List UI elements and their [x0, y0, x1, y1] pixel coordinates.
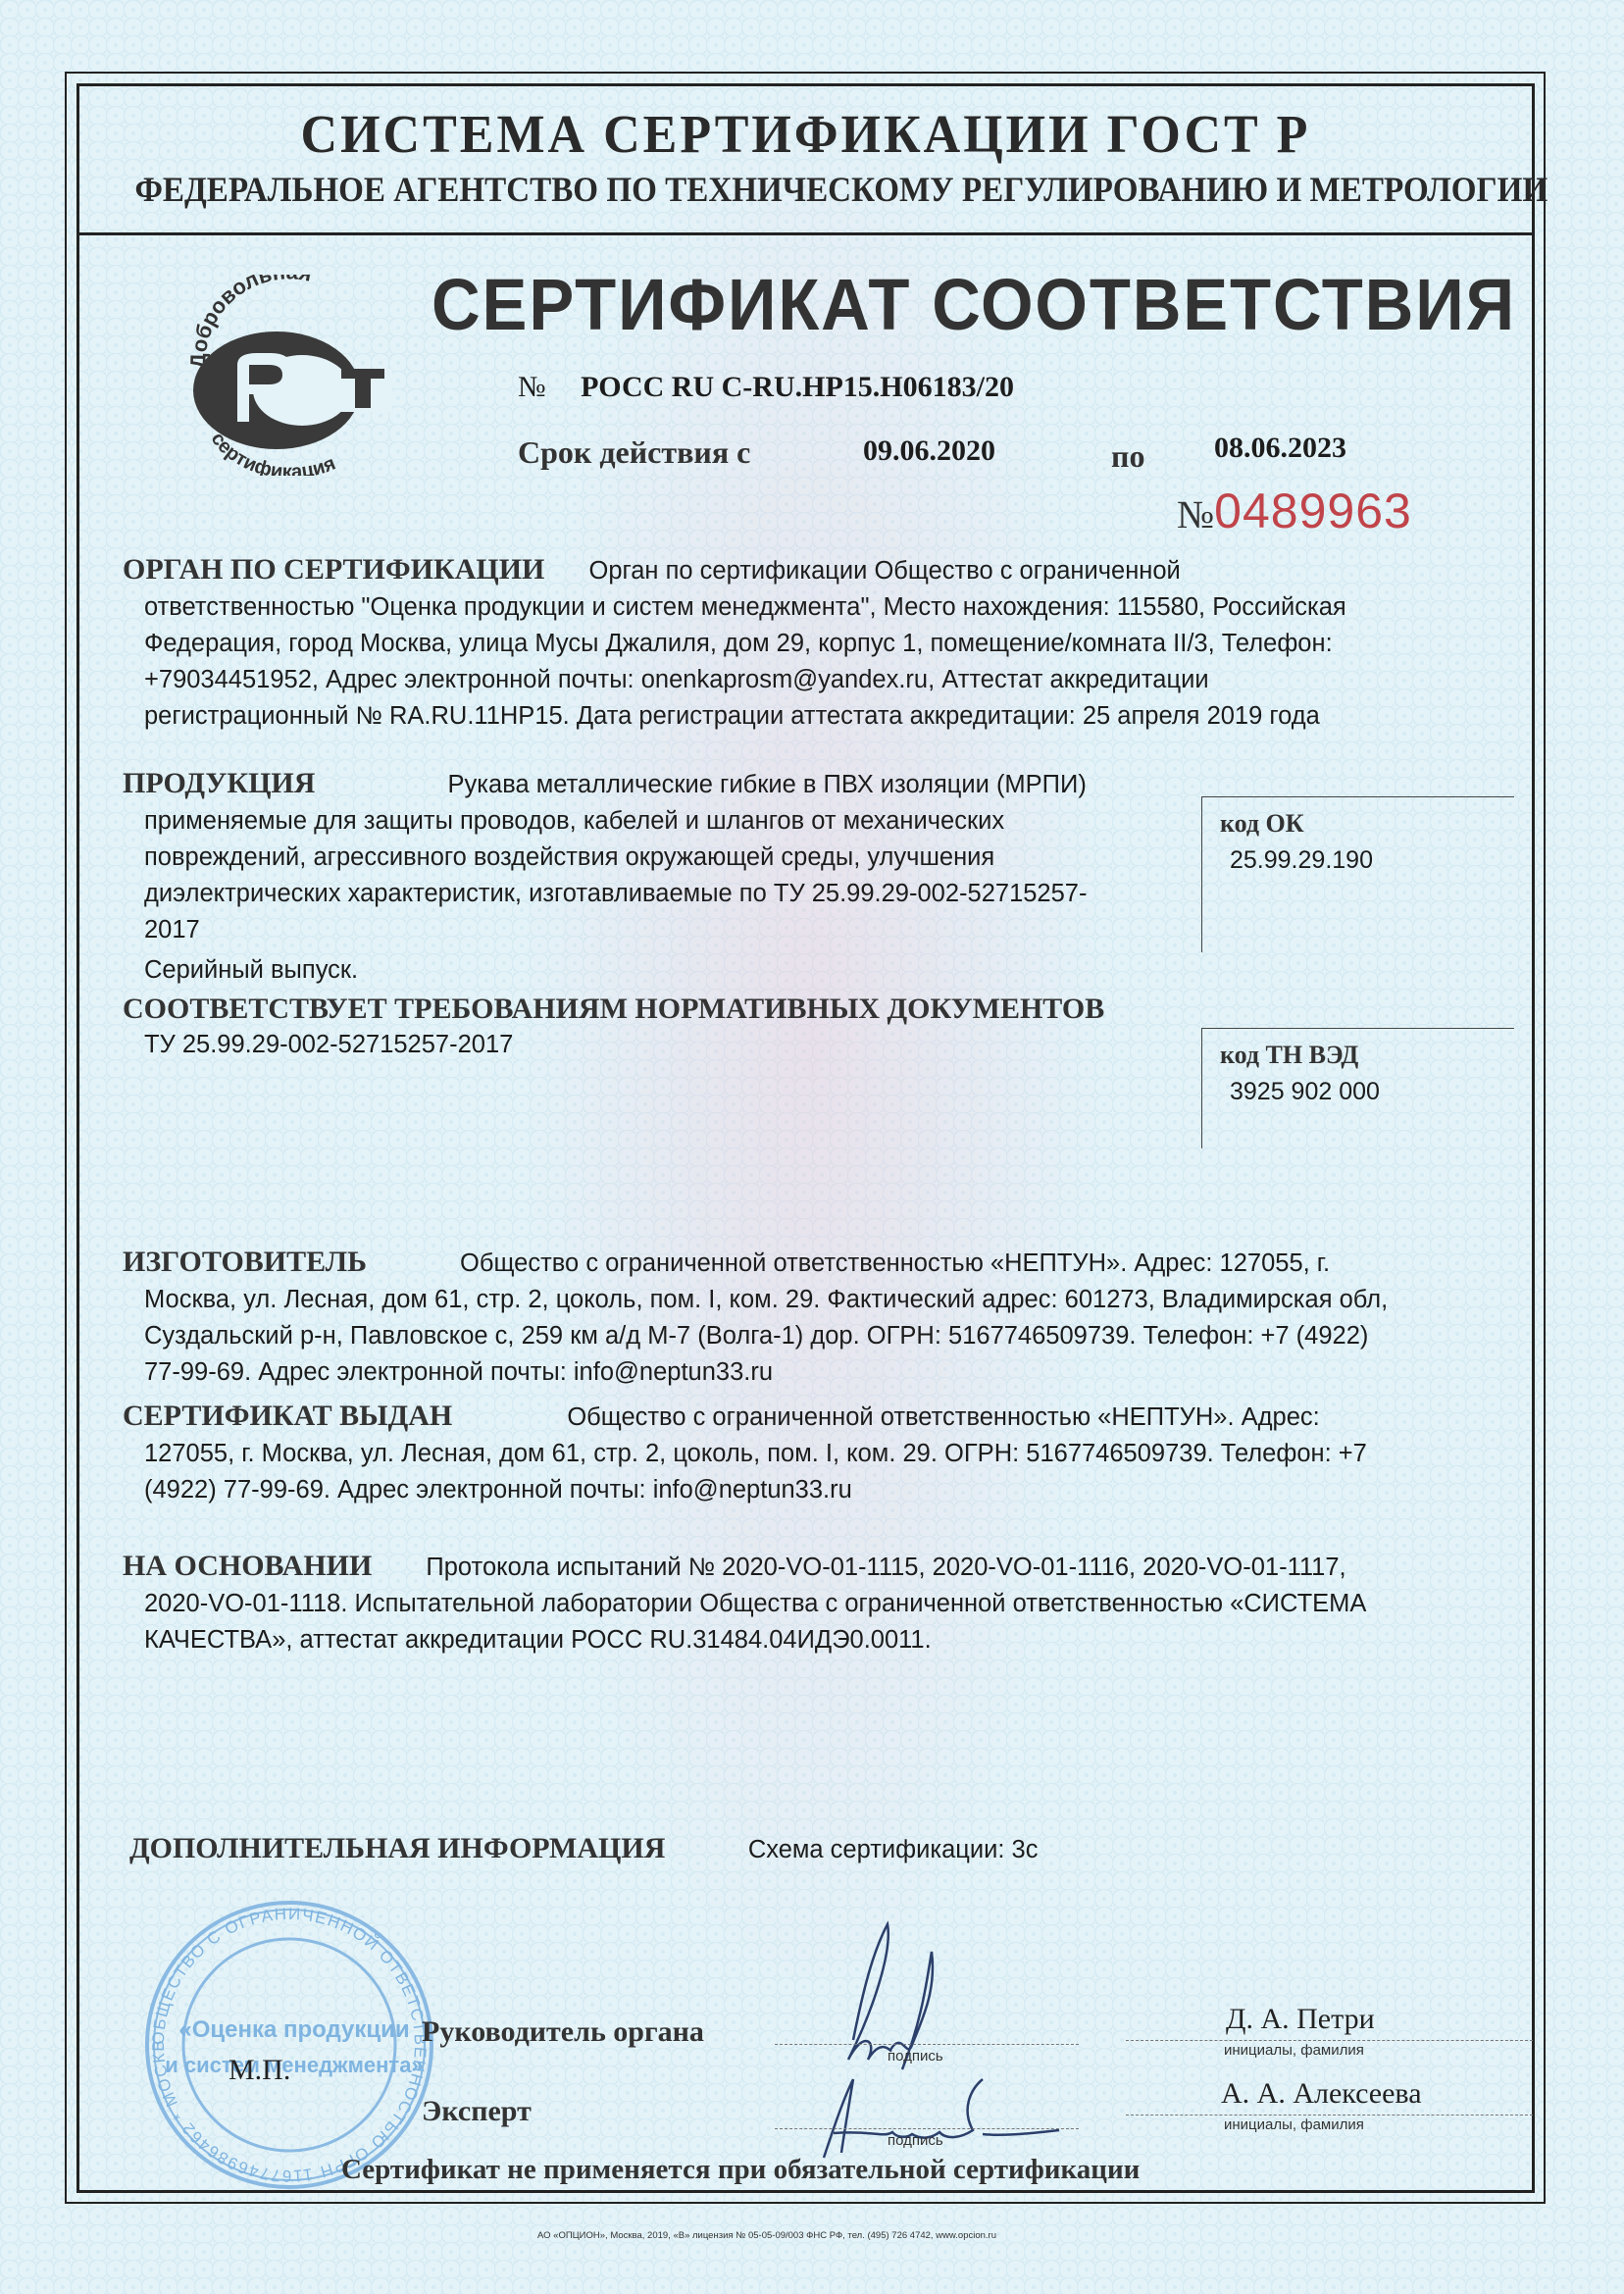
- expert-name: А. А. Алексеева: [1221, 2077, 1422, 2111]
- organ-line: ответственностью "Оценка продукции и сис…: [123, 589, 1496, 626]
- head-signature-caption: подпись: [888, 2048, 943, 2065]
- stamp-center-line1: «Оценка продукции: [178, 2016, 409, 2043]
- organ-line: регистрационный № RA.RU.11НР15. Дата рег…: [123, 698, 1496, 735]
- head-role: Руководитель органа: [422, 2015, 704, 2049]
- product-line: применяемые для защиты проводов, кабелей…: [123, 803, 1182, 840]
- basis-line: КАЧЕСТВА», аттестат аккредитации РОСС RU…: [123, 1622, 1525, 1658]
- issued-to-heading: СЕРТИФИКАТ ВЫДАН: [123, 1400, 452, 1432]
- expert-role: Эксперт: [422, 2095, 532, 2128]
- issued-to-line: 127055, г. Москва, ул. Лесная, дом 61, с…: [123, 1436, 1525, 1472]
- blank-number-value: 0489963: [1214, 484, 1412, 538]
- organ-line: +79034451952, Адрес электронной почты: o…: [123, 662, 1496, 698]
- stamp-place-label: М.П.: [228, 2054, 290, 2087]
- blank-serial-number: №0489963: [1177, 483, 1412, 539]
- code-tnved-value: 3925 902 000: [1202, 1070, 1514, 1106]
- product-heading: ПРОДУКЦИЯ: [123, 767, 315, 799]
- organ-first-line: Орган по сертификации Общество с огранич…: [588, 557, 1180, 585]
- valid-to-date: 08.06.2023: [1214, 432, 1346, 465]
- certification-scheme: Схема сертификации: 3с: [748, 1836, 1039, 1863]
- basis-section: НА ОСНОВАНИИ Протокола испытаний № 2020-…: [123, 1548, 1525, 1658]
- code-ok-label: код ОК: [1202, 797, 1514, 839]
- number-sign: №: [518, 371, 546, 403]
- product-line: диэлектрических характеристик, изготавли…: [123, 876, 1182, 912]
- basis-line: 2020-VO-01-1118. Испытательной лаборатор…: [123, 1586, 1525, 1622]
- issued-to-line: (4922) 77-99-69. Адрес электронной почты…: [123, 1472, 1525, 1508]
- system-title: СИСТЕМА СЕРТИФИКАЦИИ ГОСТ Р: [76, 105, 1535, 166]
- expert-signature-caption: подпись: [888, 2132, 943, 2149]
- code-ok-box: код ОК 25.99.29.190: [1201, 796, 1514, 952]
- stamp-center-line2: и систем менеджмента»: [165, 2053, 423, 2077]
- organization-stamp-icon: ОБЩЕСТВО С ОГРАНИЧЕННОЙ ОТВЕТСТВЕННОСТЬЮ…: [137, 1898, 441, 2192]
- certificate-number: РОСС RU C-RU.НР15.Н06183/20: [581, 371, 1014, 403]
- organ-section: ОРГАН ПО СЕРТИФИКАЦИИ Орган по сертифика…: [123, 551, 1496, 735]
- valid-from-date: 09.06.2020: [863, 434, 995, 468]
- signature-icon: [765, 1912, 1118, 2167]
- head-name-caption: инициалы, фамилия: [1224, 2042, 1364, 2059]
- manufacturer-line: 77-99-69. Адрес электронной почты: info@…: [123, 1354, 1525, 1391]
- conformity-document: ТУ 25.99.29-002-52715257-2017: [123, 1027, 1201, 1063]
- manufacturer-heading: ИЗГОТОВИТЕЛЬ: [123, 1246, 367, 1278]
- printer-info: АО «ОПЦИОН», Москва, 2019, «В» лицензия …: [537, 2230, 996, 2241]
- expert-signature-line: [775, 2128, 1079, 2129]
- rst-logo-icon: Добровольная сертификация: [177, 275, 397, 476]
- basis-heading: НА ОСНОВАНИИ: [123, 1550, 372, 1582]
- head-name: Д. А. Петри: [1226, 2003, 1375, 2036]
- certificate-number-row: № РОСС RU C-RU.НР15.Н06183/20: [518, 371, 1014, 404]
- manufacturer-section: ИЗГОТОВИТЕЛЬ Общество с ограниченной отв…: [123, 1244, 1525, 1391]
- product-release: Серийный выпуск.: [123, 952, 1182, 989]
- manufacturer-first-line: Общество с ограниченной ответственностью…: [460, 1249, 1330, 1277]
- product-line: 2017: [123, 912, 1182, 948]
- expert-name-caption: инициалы, фамилия: [1224, 2116, 1364, 2133]
- additional-info-heading: ДОПОЛНИТЕЛЬНАЯ ИНФОРМАЦИЯ: [129, 1832, 665, 1864]
- additional-info-section: ДОПОЛНИТЕЛЬНАЯ ИНФОРМАЦИЯ Схема сертифик…: [129, 1832, 1038, 1868]
- head-signature-line: [775, 2044, 1079, 2045]
- organ-line: Федерация, город Москва, улица Мусы Джал…: [123, 626, 1496, 662]
- basis-first-line: Протокола испытаний № 2020-VO-01-1115, 2…: [426, 1554, 1345, 1581]
- conformity-heading: СООТВЕТСТВУЕТ ТРЕБОВАНИЯМ НОРМАТИВНЫХ ДО…: [123, 991, 1201, 1027]
- head-name-line: [1126, 2040, 1533, 2041]
- issued-to-section: СЕРТИФИКАТ ВЫДАН Общество с ограниченной…: [123, 1398, 1525, 1508]
- code-ok-value: 25.99.29.190: [1202, 839, 1514, 875]
- certificate-title: СЕРТИФИКАТ СООТВЕТСТВИЯ: [431, 263, 1516, 346]
- valid-to-label: по: [1111, 438, 1144, 475]
- expert-name-line: [1126, 2115, 1533, 2116]
- header-separator: [76, 232, 1535, 235]
- code-tnved-label: код ТН ВЭД: [1202, 1029, 1514, 1070]
- product-first-line: Рукава металлические гибкие в ПВХ изоляц…: [448, 771, 1087, 798]
- issued-to-first-line: Общество с ограниченной ответственностью…: [567, 1403, 1319, 1431]
- manufacturer-line: Москва, ул. Лесная, дом 61, стр. 2, цоко…: [123, 1282, 1525, 1318]
- voluntary-notice: Сертификат не применяется при обязательн…: [341, 2154, 1140, 2186]
- organ-heading: ОРГАН ПО СЕРТИФИКАЦИИ: [123, 553, 544, 586]
- conformity-section: СООТВЕТСТВУЕТ ТРЕБОВАНИЯМ НОРМАТИВНЫХ ДО…: [123, 991, 1201, 1063]
- product-line: повреждений, агрессивного воздействия ок…: [123, 840, 1182, 876]
- validity-label: Срок действия с: [518, 434, 750, 471]
- code-tnved-box: код ТН ВЭД 3925 902 000: [1201, 1028, 1514, 1148]
- product-section: ПРОДУКЦИЯ Рукава металлические гибкие в …: [123, 765, 1182, 989]
- agency-name: ФЕДЕРАЛЬНОЕ АГЕНТСТВО ПО ТЕХНИЧЕСКОМУ РЕ…: [134, 169, 1476, 210]
- manufacturer-line: Суздальский р-н, Павловское с, 259 км а/…: [123, 1318, 1525, 1354]
